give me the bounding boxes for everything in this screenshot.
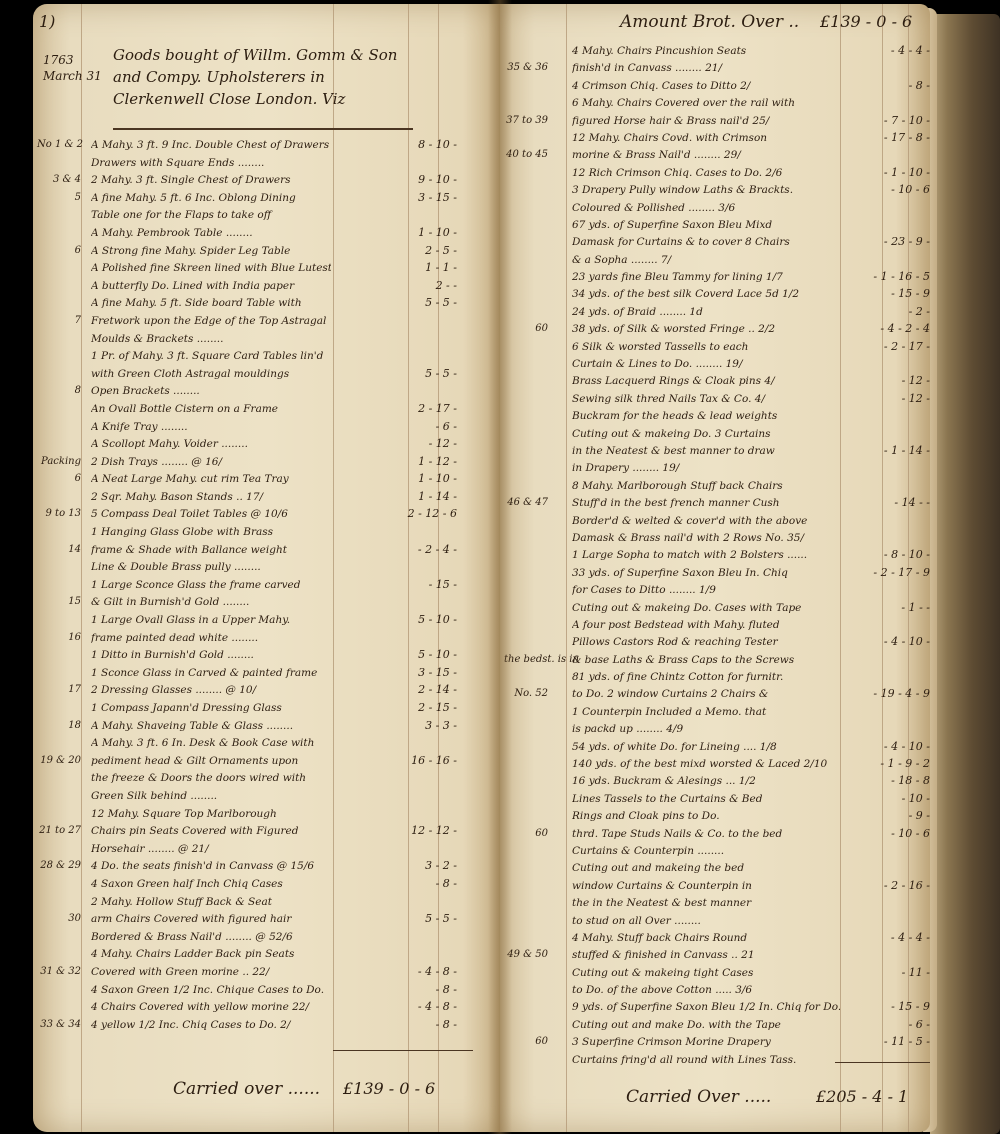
- ledger-entry: Curtain & Lines to Do. ........ 19/: [504, 353, 928, 370]
- ledger-entry: Sewing silk thred Nails Tax & Co. 4/- 12…: [504, 388, 928, 405]
- ledger-entry: 3 & 42 Mahy. 3 ft. Single Chest of Drawe…: [37, 169, 497, 187]
- ledger-entry: with Green Cloth Astragal mouldings5 - 5…: [37, 363, 497, 381]
- ledger-entry: 37 to 39figured Horse hair & Brass nail'…: [504, 110, 928, 127]
- ledger-entry: A Polished fine Skreen lined with Blue L…: [37, 257, 497, 275]
- ledger-entry: 28 & 294 Do. the seats finish'd in Canva…: [37, 855, 497, 873]
- ledger-entry: 18A Mahy. Shaveing Table & Glass .......…: [37, 715, 497, 733]
- ledger-entry: Damask for Curtains & to cover 8 Chairs-…: [504, 231, 928, 248]
- ledger-entry: for Cases to Ditto ........ 1/9: [504, 579, 928, 596]
- ledger-entry: Bordered & Brass Nail'd ........ @ 52/6: [37, 926, 497, 944]
- ledger-entry: Coloured & Pollished ........ 3/6: [504, 197, 928, 214]
- ledger-entry: 4 Crimson Chiq. Cases to Ditto 2/- 8 -: [504, 75, 928, 92]
- ledger-entry: 140 yds. of the best mixd worsted & Lace…: [504, 753, 928, 770]
- ledger-entry: Line & Double Brass pully ........: [37, 556, 497, 574]
- left-page: 1) 1763 March 31 Goods bought of Willm. …: [33, 4, 500, 1132]
- book-binding: [930, 14, 1000, 1134]
- ledger-entry: in Drapery ........ 19/: [504, 457, 928, 474]
- ledger-entry: Damask & Brass nail'd with 2 Rows No. 35…: [504, 527, 928, 544]
- ledger-entry: Cuting out & makeing tight Cases- 11 -: [504, 962, 928, 979]
- ledger-entry: 16 yds. Buckram & Alesings ... 1/2- 18 -…: [504, 770, 928, 787]
- total-rule: [333, 1050, 473, 1051]
- ledger-entry: Cuting out & makeing Do. 3 Curtains: [504, 423, 928, 440]
- ledger-entry: Horsehair ........ @ 21/: [37, 838, 497, 856]
- ledger-entry: 6 Mahy. Chairs Covered over the rail wit…: [504, 92, 928, 109]
- carried-over-row: Carried over ...... £139 - 0 - 6: [173, 1079, 493, 1099]
- ledger-entry: 7Fretwork upon the Edge of the Top Astra…: [37, 310, 497, 328]
- ledger-entry: 1 Counterpin Included a Memo. that: [504, 701, 928, 718]
- entry-day: March 31: [43, 68, 102, 84]
- ledger-entry: 54 yds. of white Do. for Lineing .... 1/…: [504, 736, 928, 753]
- ledger-entry: 4 Chairs Covered with yellow morine 22/-…: [37, 996, 497, 1014]
- ledger-entry: Lines Tassels to the Curtains & Bed- 10 …: [504, 788, 928, 805]
- ledger-entry: 33 & 344 yellow 1/2 Inc. Chiq Cases to D…: [37, 1014, 497, 1032]
- ledger-entry: 1 Compass Japann'd Dressing Glass2 - 15 …: [37, 697, 497, 715]
- brought-over-row: Amount Brot. Over .. £139 - 0 - 6: [620, 12, 920, 32]
- ledger-entry: Drawers with Square Ends ........: [37, 152, 497, 170]
- ledger-entry: 1 Large Sopha to match with 2 Bolsters .…: [504, 544, 928, 561]
- ledger-entry: 16frame painted dead white ........: [37, 627, 497, 645]
- ledger-entry: 67 yds. of Superfine Saxon Bleu Mixd: [504, 214, 928, 231]
- carried-over-label: Carried Over .....: [626, 1087, 771, 1107]
- ledger-entry: 14frame & Shade with Ballance weight- 2 …: [37, 539, 497, 557]
- ledger-entry: Moulds & Brackets ........: [37, 328, 497, 346]
- ledger-entry: 1 Ditto in Burnish'd Gold ........5 - 10…: [37, 644, 497, 662]
- brought-over-label: Amount Brot. Over ..: [620, 12, 799, 32]
- ledger-entry: 30arm Chairs Covered with figured hair5 …: [37, 908, 497, 926]
- ledger-entry: Pillows Castors Rod & reaching Tester- 4…: [504, 631, 928, 648]
- ledger-entry: window Curtains & Counterpin in- 2 - 16 …: [504, 875, 928, 892]
- ledger-entry: 4 Mahy. Chairs Ladder Back pin Seats: [37, 943, 497, 961]
- ledger-entry: 1 Sconce Glass in Carved & painted frame…: [37, 662, 497, 680]
- ledger-entry: 12 Rich Crimson Chiq. Cases to Do. 2/6- …: [504, 162, 928, 179]
- ledger-entry: 603 Superfine Crimson Morine Drapery- 11…: [504, 1031, 928, 1048]
- ledger-entry: Curtains fring'd all round with Lines Ta…: [504, 1049, 928, 1066]
- ledger-entry: Packing2 Dish Trays ........ @ 16/1 - 12…: [37, 451, 497, 469]
- ledger-entry: 172 Dressing Glasses ........ @ 10/2 - 1…: [37, 679, 497, 697]
- ledger-entry: 35 & 36finish'd in Canvass ........ 21/: [504, 57, 928, 74]
- ledger-book: 1) 1763 March 31 Goods bought of Willm. …: [33, 0, 1000, 1134]
- ledger-entry: 8Open Brackets ........: [37, 380, 497, 398]
- ledger-entry: 9 to 135 Compass Deal Toilet Tables @ 10…: [37, 503, 497, 521]
- entry-description: Curtains fring'd all round with Lines Ta…: [572, 1049, 840, 1071]
- ledger-entry: Curtains & Counterpin ........: [504, 840, 928, 857]
- carried-over-total: £139 - 0 - 6: [343, 1079, 435, 1098]
- ledger-entry: 15& Gilt in Burnish'd Gold ........: [37, 591, 497, 609]
- ledger-entry: & a Sopha ........ 7/: [504, 249, 928, 266]
- ledger-entry: Buckram for the heads & lead weights: [504, 405, 928, 422]
- ledger-entry: 8 Mahy. Marlborough Stuff back Chairs: [504, 475, 928, 492]
- ledger-entry: 19 & 20pediment head & Gilt Ornaments up…: [37, 750, 497, 768]
- ledger-entry: A four post Bedstead with Mahy. fluted: [504, 614, 928, 631]
- ledger-entry: 6038 yds. of Silk & worsted Fringe .. 2/…: [504, 318, 928, 335]
- entry-amount: - 8 -: [337, 1014, 457, 1036]
- ledger-entry: A Knife Tray ........- 6 -: [37, 416, 497, 434]
- ledger-entry: Cuting out and makeing the bed: [504, 857, 928, 874]
- ledger-entry: 23 yards fine Bleu Tammy for lining 1/7-…: [504, 266, 928, 283]
- carried-over-total: £205 - 4 - 1: [816, 1087, 908, 1106]
- ledger-entry: 6A Neat Large Mahy. cut rim Tea Tray1 - …: [37, 468, 497, 486]
- ledger-entry: 21 to 27Chairs pin Seats Covered with Fi…: [37, 820, 497, 838]
- right-entries: 4 Mahy. Chairs Pincushion Seats- 4 - 4 -…: [504, 40, 928, 1066]
- ledger-entry: 40 to 45morine & Brass Nail'd ........ 2…: [504, 144, 928, 161]
- total-rule: [835, 1062, 930, 1063]
- ledger-entry: is packd up ........ 4/9: [504, 718, 928, 735]
- ledger-entry: in the Neatest & best manner to draw- 1 …: [504, 440, 928, 457]
- header-underline: [113, 128, 413, 130]
- ledger-entry: 9 yds. of Superfine Saxon Bleu 1/2 In. C…: [504, 996, 928, 1013]
- ledger-entry: Green Silk behind ........: [37, 785, 497, 803]
- book-gutter: [488, 0, 512, 1134]
- ledger-entry: 33 yds. of Superfine Saxon Bleu In. Chiq…: [504, 562, 928, 579]
- ledger-entry: Table one for the Flaps to take off: [37, 204, 497, 222]
- ledger-entry: to stud on all Over ........: [504, 910, 928, 927]
- ledger-entry: 60thrd. Tape Studs Nails & Co. to the be…: [504, 823, 928, 840]
- ledger-entry: 4 Saxon Green half Inch Chiq Cases- 8 -: [37, 873, 497, 891]
- entry-ref-number: 33 & 34: [37, 1014, 81, 1036]
- entry-description: 4 yellow 1/2 Inc. Chiq Cases to Do. 2/: [91, 1014, 331, 1036]
- ledger-entry: the freeze & Doors the doors wired with: [37, 767, 497, 785]
- ledger-entry: 6 Silk & worsted Tassells to each- 2 - 1…: [504, 336, 928, 353]
- ledger-entry: A butterfly Do. Lined with India paper2 …: [37, 275, 497, 293]
- ledger-entry: 31 & 32Covered with Green morine .. 22/-…: [37, 961, 497, 979]
- ledger-entry: 4 Mahy. Stuff back Chairs Round- 4 - 4 -: [504, 927, 928, 944]
- ledger-entry: 12 Mahy. Square Top Marlborough: [37, 803, 497, 821]
- carried-over-row: Carried Over ..... £205 - 4 - 1: [626, 1087, 926, 1107]
- ledger-entry: A fine Mahy. 5 ft. Side board Table with…: [37, 292, 497, 310]
- carried-over-label: Carried over ......: [173, 1079, 320, 1099]
- brought-over-total: £139 - 0 - 6: [820, 12, 912, 31]
- ledger-entry: 3 Drapery Pully window Laths & Brackts.-…: [504, 179, 928, 196]
- ledger-entry: 4 Mahy. Chairs Pincushion Seats- 4 - 4 -: [504, 40, 928, 57]
- ledger-entry: Cuting out and make Do. with the Tape- 6…: [504, 1014, 928, 1031]
- entry-year: 1763: [43, 52, 102, 68]
- ledger-entry: to Do. of the above Cotton ..... 3/6: [504, 979, 928, 996]
- ledger-entry: 12 Mahy. Chairs Covd. with Crimson- 17 -…: [504, 127, 928, 144]
- ledger-entry: Rings and Cloak pins to Do.- 9 -: [504, 805, 928, 822]
- ledger-entry: No 1 & 2A Mahy. 3 ft. 9 Inc. Double Ches…: [37, 134, 497, 152]
- ledger-entry: Cuting out & makeing Do. Cases with Tape…: [504, 597, 928, 614]
- ledger-entry: 81 yds. of fine Chintz Cotton for furnit…: [504, 666, 928, 683]
- ledger-entry: 34 yds. of the best silk Coverd Lace 5d …: [504, 283, 928, 300]
- ledger-entry: A Mahy. 3 ft. 6 In. Desk & Book Case wit…: [37, 732, 497, 750]
- ledger-entry: 2 Sqr. Mahy. Bason Stands .. 17/1 - 14 -: [37, 486, 497, 504]
- ledger-header: Goods bought of Willm. Gomm & Son and Co…: [113, 44, 413, 110]
- ledger-entry: Border'd & welted & cover'd with the abo…: [504, 510, 928, 527]
- ledger-entry: 1 Hanging Glass Globe with Brass: [37, 521, 497, 539]
- ledger-entry: the in the Neatest & best manner: [504, 892, 928, 909]
- ledger-entry: 1 Pr. of Mahy. 3 ft. Square Card Tables …: [37, 345, 497, 363]
- ledger-entry: 4 Saxon Green 1/2 Inc. Chique Cases to D…: [37, 979, 497, 997]
- ledger-entry: A Mahy. Pembrook Table ........1 - 10 -: [37, 222, 497, 240]
- ledger-entry: Brass Lacquerd Rings & Cloak pins 4/- 12…: [504, 370, 928, 387]
- ledger-entry: 6A Strong fine Mahy. Spider Leg Table2 -…: [37, 240, 497, 258]
- entry-date: 1763 March 31: [43, 52, 102, 84]
- ledger-entry: 24 yds. of Braid ........ 1d- 2 -: [504, 301, 928, 318]
- ledger-entry: 1 Large Sconce Glass the frame carved- 1…: [37, 574, 497, 592]
- ledger-entry: 2 Mahy. Hollow Stuff Back & Seat: [37, 891, 497, 909]
- ledger-entry: A Scollopt Mahy. Voider ........- 12 -: [37, 433, 497, 451]
- ledger-entry: the bedst. is in& base Laths & Brass Cap…: [504, 649, 928, 666]
- ledger-entry: 1 Large Ovall Glass in a Upper Mahy.5 - …: [37, 609, 497, 627]
- ledger-entry: 49 & 50stuffed & finished in Canvass .. …: [504, 944, 928, 961]
- right-page: Amount Brot. Over .. £139 - 0 - 6 4 Mahy…: [500, 4, 930, 1132]
- ledger-entry: No. 52to Do. 2 window Curtains 2 Chairs …: [504, 683, 928, 700]
- ledger-entry: 46 & 47Stuff'd in the best french manner…: [504, 492, 928, 509]
- ledger-entry: 5A fine Mahy. 5 ft. 6 Inc. Oblong Dining…: [37, 187, 497, 205]
- folio-number: 1): [39, 12, 55, 31]
- ledger-entry: An Ovall Bottle Cistern on a Frame2 - 17…: [37, 398, 497, 416]
- left-entries: No 1 & 2A Mahy. 3 ft. 9 Inc. Double Ches…: [37, 134, 497, 1031]
